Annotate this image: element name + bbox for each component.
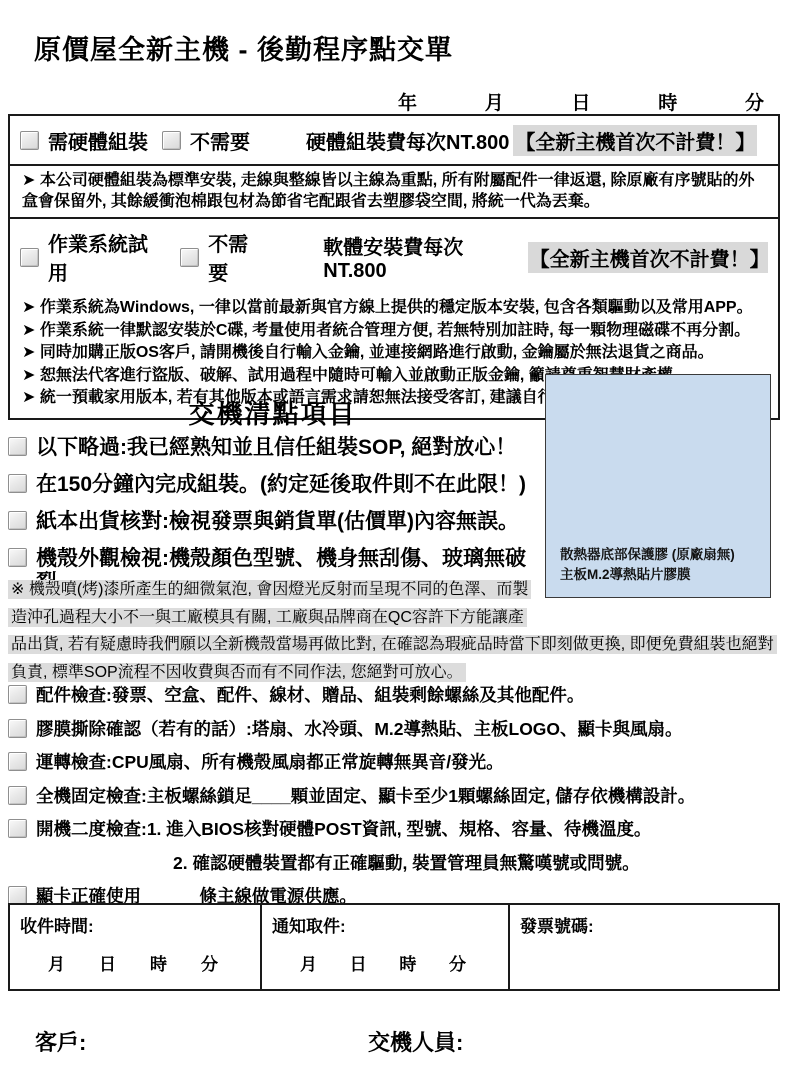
- checklist-item-fan-operation: 運轉檢查:CPU風扇、所有機殼風扇都正常旋轉無異音/發光。: [8, 751, 786, 773]
- checklist-item-film-removal: 膠膜撕除確認（若有的話）:塔扇、水冷頭、M.2導熱貼、主板LOGO、顯卡與風扇。: [8, 718, 786, 740]
- receive-time-label: 收件時間:: [20, 912, 252, 937]
- checkbox-film-removal[interactable]: [8, 719, 27, 738]
- os-trial-label: 作業系統試用: [48, 228, 166, 286]
- hardware-note-text: ➤ 本公司硬體組裝為標準安裝, 走線與整線皆以主線為重點, 所有附屬配件一律返還…: [22, 170, 766, 212]
- os-note-line: ➤ 同時加購正版OS客戶, 請開機後自行輸入金鑰, 並連接網路進行啟動, 金鑰屬…: [22, 342, 766, 365]
- os-note-line: ➤ 作業系統一律默認安裝於C碟, 考量使用者統合管理方便, 若無特別加註時, 每…: [22, 320, 766, 343]
- case-note-line: ※ 機殼噴(烤)漆所產生的細微氣泡, 會因燈光反射而呈現不同的色澤、而製: [8, 579, 782, 601]
- os-trial-row: 作業系統試用 不需要 軟體安裝費每次NT.800 【全新主機首次不計費！】: [10, 219, 778, 294]
- date-label-minute: 分: [745, 88, 764, 115]
- checklist-section-title: 交機清點項目: [0, 394, 545, 431]
- handover-form-page: 原價屋全新主機 - 後勤程序點交單 年 月 日 時 分 需硬體組裝 不需要 硬體…: [0, 0, 790, 1084]
- boot-check-line2: 2. 確認硬體裝置都有正確驅動, 裝置管理員無驚嘆號或問號。: [8, 852, 786, 874]
- checklist-item-skip: 以下略過:我已經熟知並且信任組裝SOP, 絕對放心！: [8, 436, 548, 460]
- protective-film-callout: 散熱器底部保護膠 (原廠扇無) 主板M.2導熱貼片膠膜: [545, 374, 771, 598]
- date-line: 年 月 日 時 分: [398, 88, 764, 115]
- callout-line: 散熱器底部保護膠 (原廠扇無): [560, 545, 762, 565]
- invoice-number-cell: 發票號碼:: [510, 905, 778, 989]
- checklist-item-label: 膠膜撕除確認（若有的話）:塔扇、水冷頭、M.2導熱貼、主板LOGO、顯卡與風扇。: [36, 718, 683, 740]
- case-note-line: 品出貨, 若有疑慮時我們願以全新機殼當場再做比對, 在確認為瑕疵品時當下即刻做更…: [8, 634, 782, 656]
- checkbox-paper-check[interactable]: [8, 511, 27, 530]
- hardware-fee-waiver-badge: 【全新主機首次不計費！】: [513, 125, 757, 156]
- software-fee-waiver-badge: 【全新主機首次不計費！】: [528, 242, 768, 273]
- checklist-item-label: 全機固定檢查:主板螺絲鎖足____顆並固定、顯卡至少1顆螺絲固定, 儲存依機構設…: [36, 785, 695, 807]
- case-note-line: 造沖孔過程大小不一與工廠模具有關, 工廠與品牌商在QC容許下方能讓產: [8, 607, 782, 629]
- os-note-line: ➤ 作業系統為Windows, 一律以當前最新與官方線上提供的穩定版本安裝, 包…: [22, 297, 766, 320]
- checkbox-accessories[interactable]: [8, 685, 27, 704]
- checkbox-screw-fixing[interactable]: [8, 786, 27, 805]
- checklist-item-screw-fixing: 全機固定檢查:主板螺絲鎖足____顆並固定、顯卡至少1顆螺絲固定, 儲存依機構設…: [8, 785, 786, 807]
- hardware-note-section: ➤ 本公司硬體組裝為標準安裝, 走線與整線皆以主線為重點, 所有附屬配件一律返還…: [10, 166, 778, 219]
- checklist-item-label: 配件檢查:發票、空盒、配件、線材、贈品、組裝剩餘螺絲及其他配件。: [36, 684, 584, 706]
- checkbox-assembly-time[interactable]: [8, 474, 27, 493]
- date-label-month: 月: [485, 88, 504, 115]
- checklist-item-label: 紙本出貨核對:檢視發票與銷貨單(估價單)內容無誤。: [36, 510, 519, 534]
- receive-time-fields: 月 日 時 分: [20, 950, 252, 975]
- case-paint-disclaimer: ※ 機殼噴(烤)漆所產生的細微氣泡, 會因燈光反射而呈現不同的色澤、而製 造沖孔…: [8, 579, 782, 689]
- notify-pickup-fields: 月 日 時 分: [272, 950, 500, 975]
- checklist-item-label: 運轉檢查:CPU風扇、所有機殼風扇都正常旋轉無異音/發光。: [36, 751, 504, 773]
- no-hardware-assembly-label: 不需要: [190, 126, 250, 155]
- hardware-fee-text: 硬體組裝費每次NT.800: [306, 126, 509, 155]
- checkbox-os-trial[interactable]: [20, 248, 39, 267]
- time-invoice-table: 收件時間: 月 日 時 分 通知取件: 月 日 時 分 發票號碼:: [8, 903, 780, 991]
- hardware-assembly-row: 需硬體組裝 不需要 硬體組裝費每次NT.800 【全新主機首次不計費！】: [10, 116, 778, 166]
- checkbox-no-hardware-assembly[interactable]: [162, 131, 181, 150]
- checklist-group-b: 配件檢查:發票、空盒、配件、線材、贈品、組裝剩餘螺絲及其他配件。 膠膜撕除確認（…: [8, 684, 786, 919]
- date-label-day: 日: [571, 88, 590, 115]
- invoice-number-label: 發票號碼:: [520, 912, 770, 937]
- software-fee-text: 軟體安裝費每次NT.800: [323, 231, 523, 283]
- customer-signature-label: 客戶:: [35, 1026, 86, 1057]
- no-os-trial-label: 不需要: [208, 228, 267, 286]
- checkbox-skip-all[interactable]: [8, 437, 27, 456]
- checklist-item-boot-check: 開機二度檢查:1. 進入BIOS核對硬體POST資訊, 型號、規格、容量、待機溫…: [8, 818, 786, 840]
- checkbox-fan-operation[interactable]: [8, 752, 27, 771]
- notify-pickup-label: 通知取件:: [272, 912, 500, 937]
- checklist-item-accessories: 配件檢查:發票、空盒、配件、線材、贈品、組裝剩餘螺絲及其他配件。: [8, 684, 786, 706]
- checklist-item-label: 在150分鐘內完成組裝。(約定延後取件則不在此限！): [36, 473, 526, 497]
- receive-time-cell: 收件時間: 月 日 時 分: [10, 905, 262, 989]
- page-title: 原價屋全新主機 - 後勤程序點交單: [34, 28, 453, 67]
- checkbox-need-hardware-assembly[interactable]: [20, 131, 39, 150]
- notify-pickup-cell: 通知取件: 月 日 時 分: [262, 905, 510, 989]
- checklist-item-label: 開機二度檢查:1. 進入BIOS核對硬體POST資訊, 型號、規格、容量、待機溫…: [36, 818, 651, 840]
- checklist-item-paper-check: 紙本出貨核對:檢視發票與銷貨單(估價單)內容無誤。: [8, 510, 548, 534]
- checkbox-boot-check[interactable]: [8, 819, 27, 838]
- checkbox-case-inspection[interactable]: [8, 548, 27, 567]
- staff-signature-label: 交機人員:: [368, 1026, 463, 1057]
- checklist-item-assembly-time: 在150分鐘內完成組裝。(約定延後取件則不在此限！): [8, 473, 548, 497]
- need-hardware-assembly-label: 需硬體組裝: [48, 126, 148, 155]
- date-label-hour: 時: [658, 88, 677, 115]
- checkbox-no-os-trial[interactable]: [180, 248, 199, 267]
- date-label-year: 年: [398, 88, 417, 115]
- case-note-line: 負責, 標準SOP流程不因收費與否而有不同作法, 您絕對可放心。: [8, 662, 782, 684]
- checklist-item-label: 以下略過:我已經熟知並且信任組裝SOP, 絕對放心！: [36, 436, 516, 460]
